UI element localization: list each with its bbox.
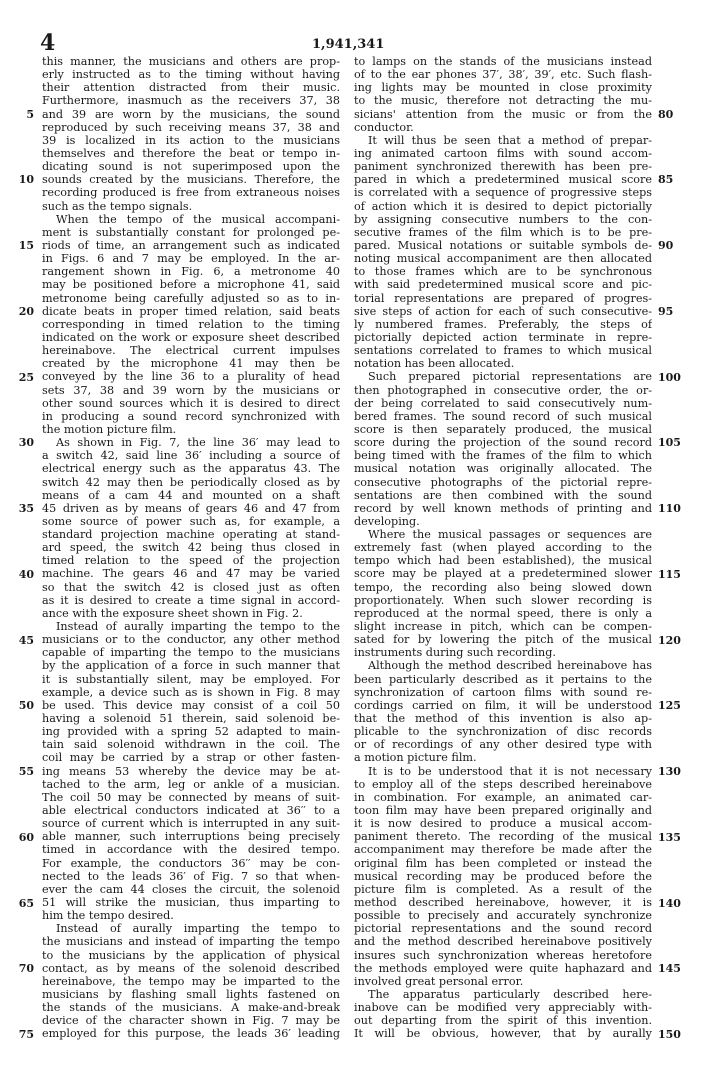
margin-line-number: 35	[14, 502, 34, 515]
margin-line-number: 15	[14, 239, 34, 252]
text-line: possible to precisely and accurately syn…	[354, 909, 652, 922]
text-line: Where the musical passages or sequences …	[354, 528, 652, 541]
text-line: hereinabove, the tempo may be imparted t…	[42, 975, 340, 988]
text-line: to employ all of the steps described her…	[354, 778, 652, 791]
text-line: notation has been allocated.	[354, 357, 652, 370]
text-line: tempo, the recording also being slowed d…	[354, 581, 652, 594]
text-line: then photographed in consecutive order, …	[354, 384, 652, 397]
text-line: involved great personal error.	[354, 975, 652, 988]
text-line: corresponding in timed relation to the t…	[42, 318, 340, 331]
text-line: means of a cam 44 and mounted on a shaft	[42, 489, 340, 502]
text-line: and 39 are worn by the musicians, the so…	[42, 108, 340, 121]
text-line: recording produced is free from extraneo…	[42, 186, 340, 199]
text-line: sentations are then combined with the so…	[354, 489, 652, 502]
right-text-column: to lamps on the stands of the musicians …	[354, 55, 652, 1041]
margin-line-number: 5	[14, 108, 34, 121]
text-line: rangement shown in Fig. 6, a metronome 4…	[42, 265, 340, 278]
text-line: It is to be understood that it is not ne…	[354, 765, 652, 778]
text-line: it is substantially silent, may be emplo…	[42, 673, 340, 686]
text-line: extremely fast (when played according to…	[354, 541, 652, 554]
text-line: picture film is completed. As a result o…	[354, 883, 652, 896]
text-line: ing means 53 whereby the device may be a…	[42, 765, 340, 778]
text-line: dicating sound is not superimposed upon …	[42, 160, 340, 173]
margin-line-number: 10	[14, 173, 34, 186]
text-line: coil may be carried by a strap or other …	[42, 751, 340, 764]
text-line: accompaniment may therefore be made afte…	[354, 843, 652, 856]
text-line: ment is substantially constant for prolo…	[42, 226, 340, 239]
text-line: and the method described hereinabove pos…	[354, 935, 652, 948]
text-line: 45 driven as by means of gears 46 and 47…	[42, 502, 340, 515]
margin-line-number: 55	[14, 765, 34, 778]
margin-line-number: 110	[658, 502, 682, 515]
text-line: metronome being carefully adjusted so as…	[42, 292, 340, 305]
text-line: conveyed by the line 36 to a plurality o…	[42, 370, 340, 383]
text-line: ing animated cartoon films with sound ac…	[354, 147, 652, 160]
text-line: cordings carried on film, it will be und…	[354, 699, 652, 712]
margin-line-number: 50	[14, 699, 34, 712]
text-line: insures such synchronization whereas her…	[354, 949, 652, 962]
text-line: For example, the conductors 36′′ may be …	[42, 857, 340, 870]
text-line: score during the projection of the sound…	[354, 436, 652, 449]
text-line: tempo which had been established), the m…	[354, 554, 652, 567]
text-line: sicians' attention from the music or fro…	[354, 108, 652, 121]
text-line: paniment synchronized therewith has been…	[354, 160, 652, 173]
text-line: sive steps of action for each of such co…	[354, 305, 652, 318]
text-line: noting musical accompaniment are then al…	[354, 252, 652, 265]
text-line: torial representations are prepared of p…	[354, 292, 652, 305]
text-line: been particularly described as it pertai…	[354, 673, 652, 686]
text-line: capable of imparting the tempo to the mu…	[42, 646, 340, 659]
text-line: instruments during such recording.	[354, 646, 652, 659]
page-number: 4	[40, 30, 55, 56]
text-line: sounds created by the musicians. Therefo…	[42, 173, 340, 186]
text-line: When the tempo of the musical accompani-	[42, 213, 340, 226]
text-line: musicians or to the conductor, any other…	[42, 633, 340, 646]
text-line: of to the ear phones 37′, 38′, 39′, etc.…	[354, 68, 652, 81]
margin-line-number: 20	[14, 305, 34, 318]
text-line: the motion picture film.	[42, 423, 340, 436]
margin-line-number: 105	[658, 436, 682, 449]
margin-line-number: 40	[14, 568, 34, 581]
text-line: pictorially depicted action terminate in…	[354, 331, 652, 344]
text-line: to those frames which are to be synchron…	[354, 265, 652, 278]
text-line: ing lights may be mounted in close proxi…	[354, 81, 652, 94]
margin-line-number: 90	[658, 239, 682, 252]
text-line: As shown in Fig. 7, the line 36′ may lea…	[42, 436, 340, 449]
margin-line-number: 95	[658, 305, 682, 318]
text-line: some source of power such as, for exampl…	[42, 515, 340, 528]
text-line: method described hereinabove, however, i…	[354, 896, 652, 909]
text-line: by assigning consecutive numbers to the …	[354, 213, 652, 226]
text-line: example, a device such as is shown in Fi…	[42, 686, 340, 699]
text-line: 51 will strike the musician, thus impart…	[42, 896, 340, 909]
text-line: Instead of aurally imparting the tempo t…	[42, 922, 340, 935]
text-line: this manner, the musicians and others ar…	[42, 55, 340, 68]
text-line: musicians by flashing small lights faste…	[42, 988, 340, 1001]
text-line: The coil 50 may be connected by means of…	[42, 791, 340, 804]
margin-line-number: 100	[658, 371, 682, 384]
text-line: their attention distracted from their mu…	[42, 81, 340, 94]
text-line: musical recording may be produced before…	[354, 870, 652, 883]
left-text-column: this manner, the musicians and others ar…	[42, 55, 340, 1041]
text-line: a switch 42, said line 36′ including a s…	[42, 449, 340, 462]
margin-line-number: 45	[14, 634, 34, 647]
margin-line-number: 25	[14, 371, 34, 384]
margin-line-number: 75	[14, 1028, 34, 1041]
margin-line-number: 125	[658, 699, 682, 712]
text-line: erly instructed as to the timing without…	[42, 68, 340, 81]
text-line: device of the character shown in Fig. 7 …	[42, 1014, 340, 1027]
margin-line-number: 60	[14, 831, 34, 844]
margin-line-number: 70	[14, 962, 34, 975]
text-line: in producing a sound record synchronized…	[42, 410, 340, 423]
text-line: such as the tempo signals.	[42, 200, 340, 213]
text-line: in combination. For example, an animated…	[354, 791, 652, 804]
text-line: timed relation to the speed of the proje…	[42, 554, 340, 567]
text-line: original film has been completed or inst…	[354, 857, 652, 870]
text-line: paniment thereto. The recording of the m…	[354, 830, 652, 843]
margin-line-number: 120	[658, 634, 682, 647]
text-line: may be positioned before a microphone 41…	[42, 278, 340, 291]
text-line: being timed with the frames of the film …	[354, 449, 652, 462]
text-line: pictorial representations and the sound …	[354, 922, 652, 935]
text-line: sets 37, 38 and 39 worn by the musicians…	[42, 384, 340, 397]
margin-line-number: 65	[14, 897, 34, 910]
text-line: source of current which is interrupted i…	[42, 817, 340, 830]
text-line: able manner, such interruptions being pr…	[42, 830, 340, 843]
text-line: electrical energy such as the apparatus …	[42, 462, 340, 475]
margin-line-number: 130	[658, 765, 682, 778]
text-line: score may be played at a predetermined s…	[354, 567, 652, 580]
text-line: Such prepared pictorial representations …	[354, 370, 652, 383]
margin-line-number: 30	[14, 436, 34, 449]
text-line: Although the method described hereinabov…	[354, 659, 652, 672]
text-line: secutive frames of the film which is to …	[354, 226, 652, 239]
text-line: reproduced at the normal speed, there is…	[354, 607, 652, 620]
text-line: toon film may have been prepared origina…	[354, 804, 652, 817]
text-line: sentations correlated to frames to which…	[354, 344, 652, 357]
patent-number: 1,941,341	[312, 37, 384, 52]
text-line: the stands of the musicians. A make-and-…	[42, 1001, 340, 1014]
margin-line-number: 145	[658, 962, 682, 975]
text-line: is correlated with a sequence of progres…	[354, 186, 652, 199]
text-line: nected to the leads 36′ of Fig. 7 so tha…	[42, 870, 340, 883]
text-line: be used. This device may consist of a co…	[42, 699, 340, 712]
text-line: out departing from the spirit of this in…	[354, 1014, 652, 1027]
text-line: standard projection machine operating at…	[42, 528, 340, 541]
text-line: synchronization of cartoon films with so…	[354, 686, 652, 699]
text-line: inabove can be modified very appreciably…	[354, 1001, 652, 1014]
text-line: as it is desired to create a time signal…	[42, 594, 340, 607]
text-line: so that the switch 42 is closed just as …	[42, 581, 340, 594]
text-line: a motion picture film.	[354, 751, 652, 764]
text-line: the musicians and instead of imparting t…	[42, 935, 340, 948]
text-line: pared. Musical notations or suitable sym…	[354, 239, 652, 252]
text-line: in Figs. 6 and 7 may be employed. In the…	[42, 252, 340, 265]
text-line: to the music, therefore not detracting t…	[354, 94, 652, 107]
text-line: able electrical conductors indicated at …	[42, 804, 340, 817]
text-line: switch 42 may then be periodically close…	[42, 476, 340, 489]
text-line: with said predetermined musical score an…	[354, 278, 652, 291]
text-line: created by the microphone 41 may then be	[42, 357, 340, 370]
text-line: indicated on the work or exposure sheet …	[42, 331, 340, 344]
margin-line-number: 85	[658, 173, 682, 186]
text-line: tain said solenoid withdrawn in the coil…	[42, 738, 340, 751]
text-line: to lamps on the stands of the musicians …	[354, 55, 652, 68]
margin-line-number: 115	[658, 568, 682, 581]
text-line: timed in accordance with the desired tem…	[42, 843, 340, 856]
text-line: sated for by lowering the pitch of the m…	[354, 633, 652, 646]
text-line: ever the cam 44 closes the circuit, the …	[42, 883, 340, 896]
text-line: employed for this purpose, the leads 36′…	[42, 1027, 340, 1040]
text-line: ard speed, the switch 42 being thus clos…	[42, 541, 340, 554]
text-line: tached to the arm, leg or ankle of a mus…	[42, 778, 340, 791]
text-line: by the application of a force in such ma…	[42, 659, 340, 672]
text-line: score is then separately produced, the m…	[354, 423, 652, 436]
text-line: conductor.	[354, 121, 652, 134]
text-line: reproduced by such receiving means 37, 3…	[42, 121, 340, 134]
text-line: 39 is localized in its action to the mus…	[42, 134, 340, 147]
text-line: It will be obvious, however, that by aur…	[354, 1027, 652, 1040]
text-line: riods of time, an arrangement such as in…	[42, 239, 340, 252]
text-line: ance with the exposure sheet shown in Fi…	[42, 607, 340, 620]
text-line: him the tempo desired.	[42, 909, 340, 922]
text-line: having a solenoid 51 therein, said solen…	[42, 712, 340, 725]
text-line: slight increase in pitch, which can be c…	[354, 620, 652, 633]
text-line: hereinabove. The electrical current impu…	[42, 344, 340, 357]
text-line: pared in which a predetermined musical s…	[354, 173, 652, 186]
text-line: It will thus be seen that a method of pr…	[354, 134, 652, 147]
text-line: dicate beats in proper timed relation, s…	[42, 305, 340, 318]
text-line: ing provided with a spring 52 adapted to…	[42, 725, 340, 738]
text-line: proportionately. When such slower record…	[354, 594, 652, 607]
text-line: other sound sources which it is desired …	[42, 397, 340, 410]
text-line: themselves and therefore the beat or tem…	[42, 147, 340, 160]
text-line: bered frames. The sound record of such m…	[354, 410, 652, 423]
text-line: developing.	[354, 515, 652, 528]
text-line: musical notation was originally allocate…	[354, 462, 652, 475]
text-line: The apparatus particularly described her…	[354, 988, 652, 1001]
margin-line-number: 135	[658, 831, 682, 844]
text-line: it is now desired to produce a musical a…	[354, 817, 652, 830]
margin-line-number: 150	[658, 1028, 682, 1041]
text-line: Furthermore, inasmuch as the receivers 3…	[42, 94, 340, 107]
text-line: record by well known methods of printing…	[354, 502, 652, 515]
text-line: consecutive photographs of the pictorial…	[354, 476, 652, 489]
text-line: or of recordings of any other desired ty…	[354, 738, 652, 751]
margin-line-number: 80	[658, 108, 682, 121]
text-line: Instead of aurally imparting the tempo t…	[42, 620, 340, 633]
text-line: that the method of this invention is als…	[354, 712, 652, 725]
text-line: machine. The gears 46 and 47 may be vari…	[42, 567, 340, 580]
text-line: plicable to the synchronization of disc …	[354, 725, 652, 738]
text-line: der being correlated to said consecutive…	[354, 397, 652, 410]
text-line: to the musicians by the application of p…	[42, 949, 340, 962]
text-line: of action which it is desired to depict …	[354, 200, 652, 213]
margin-line-number: 140	[658, 897, 682, 910]
text-line: contact, as by means of the solenoid des…	[42, 962, 340, 975]
text-line: ly numbered frames. Preferably, the step…	[354, 318, 652, 331]
text-line: the methods employed were quite haphazar…	[354, 962, 652, 975]
